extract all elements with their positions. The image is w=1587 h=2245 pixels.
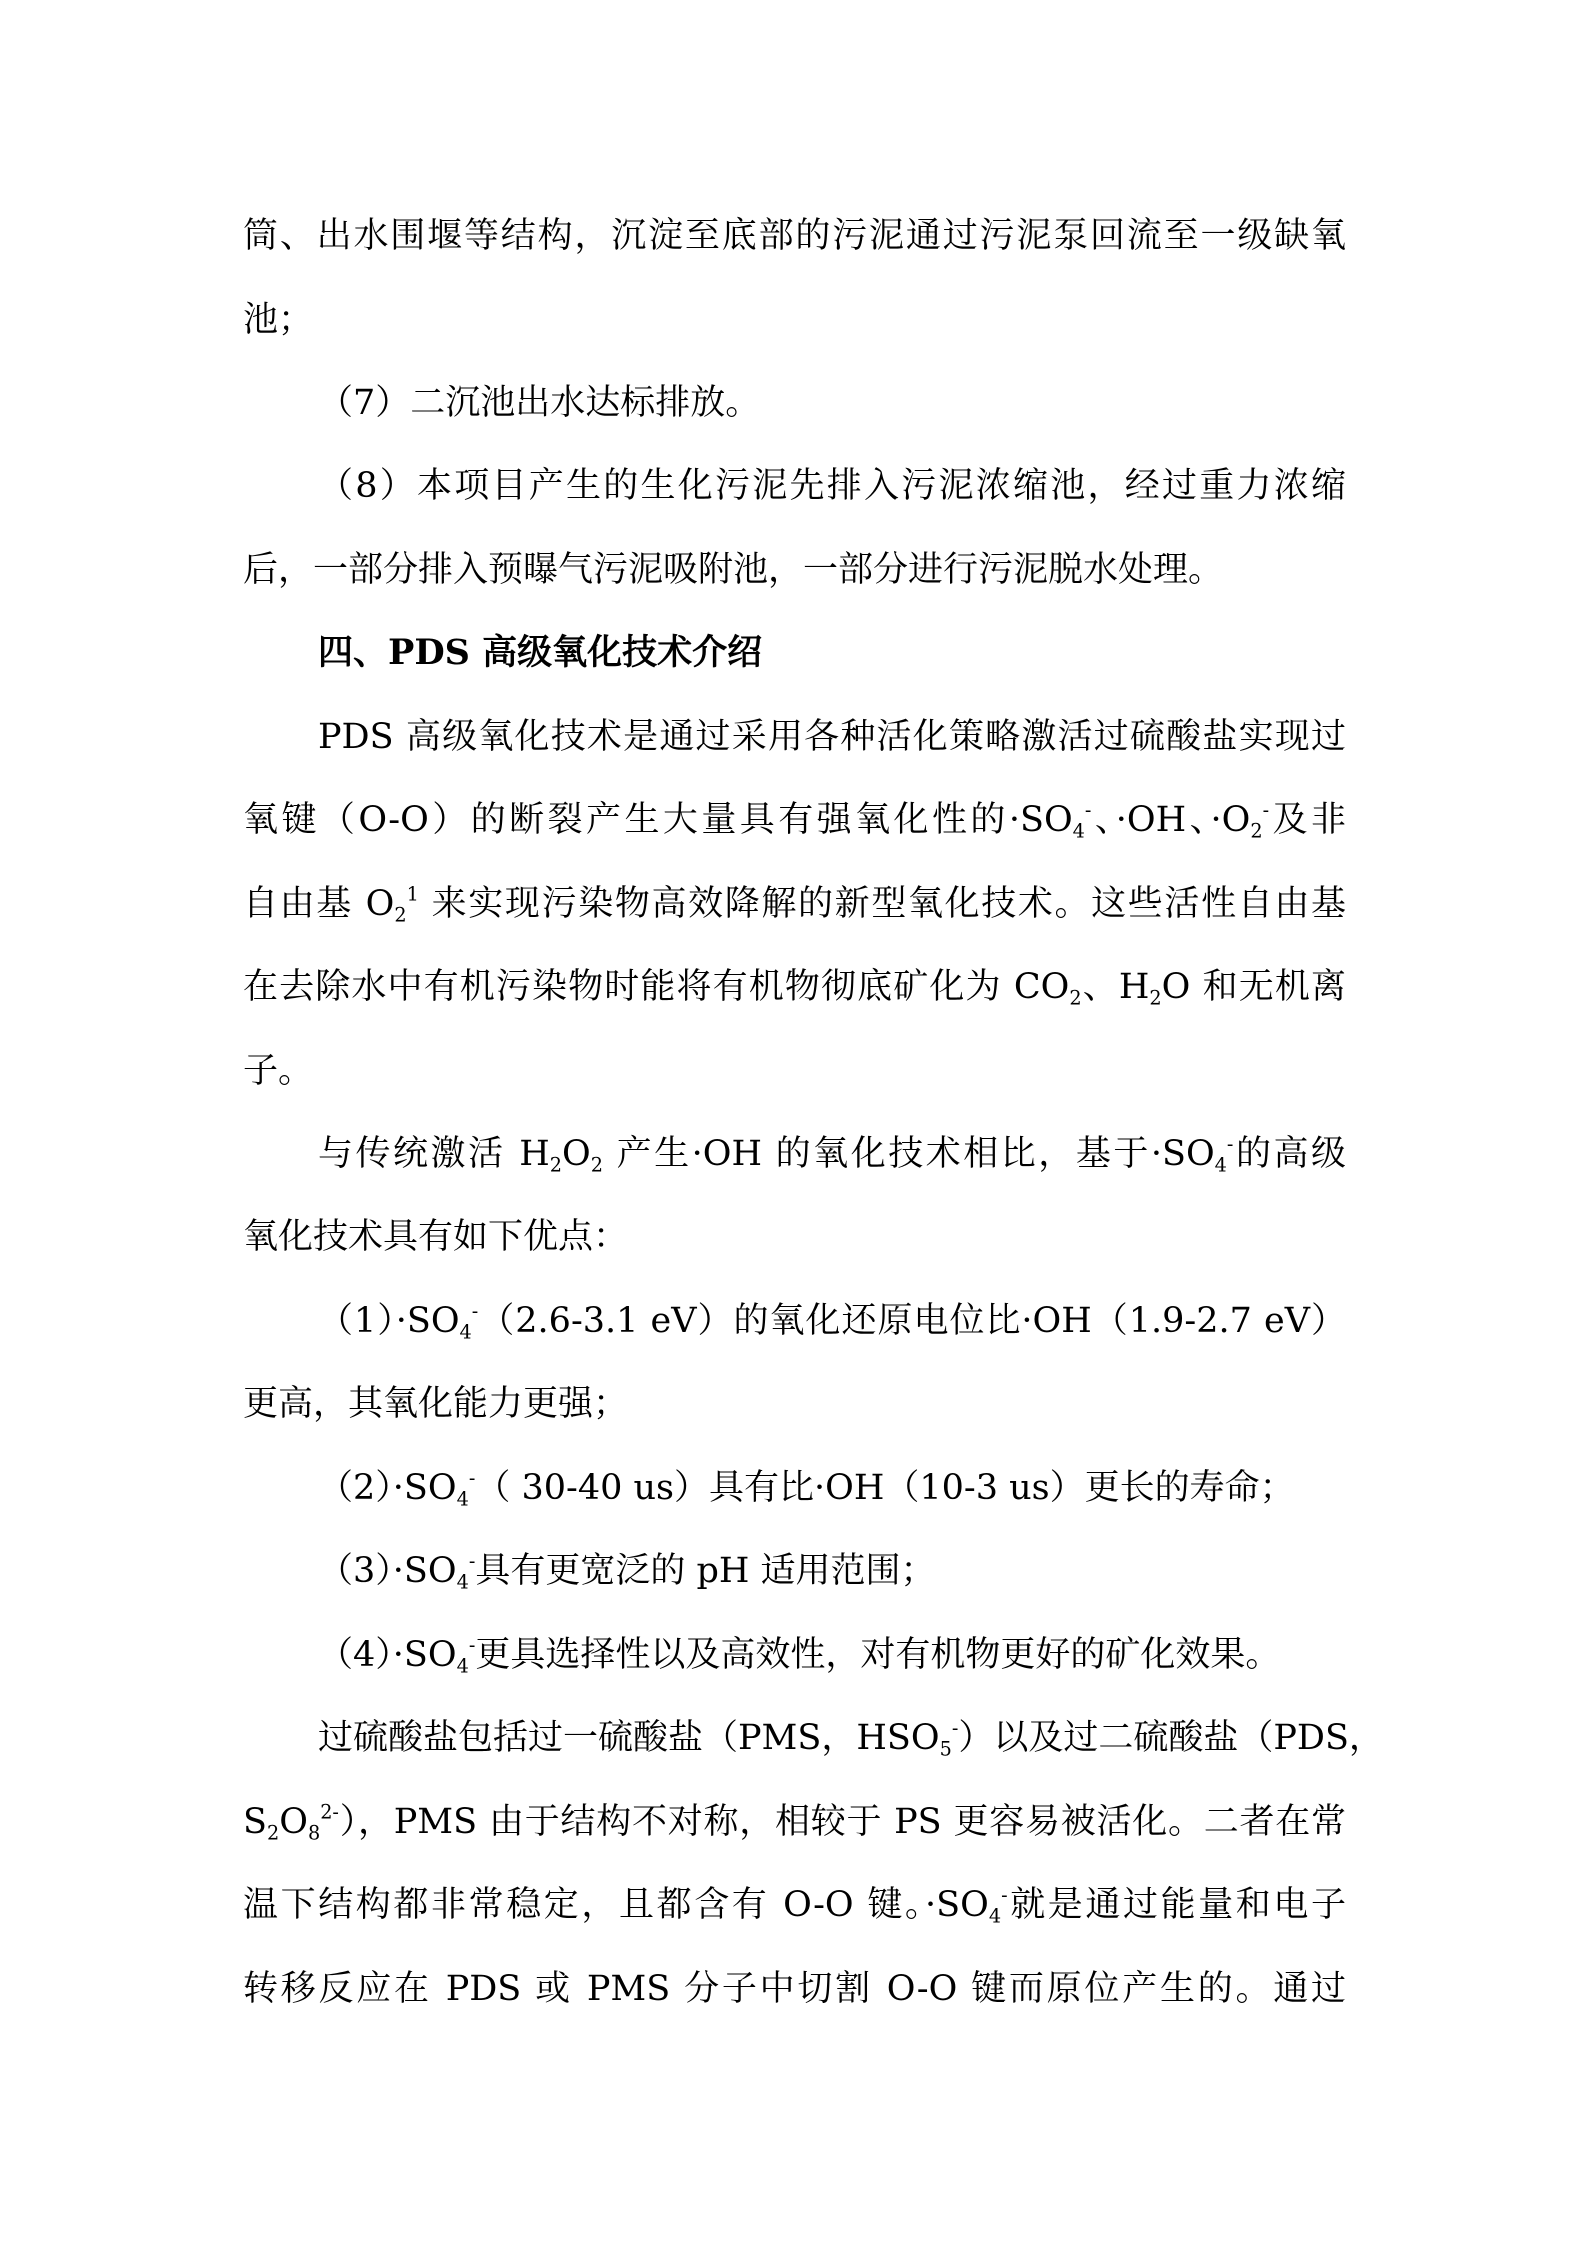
text-run: S xyxy=(243,1802,267,1842)
text-line: 更高，其氧化能力更强； xyxy=(243,1379,1346,1429)
superscript: 2- xyxy=(320,1801,339,1824)
subscript: 2 xyxy=(550,1154,562,1177)
text-run: 具有更宽泛的 pH 适用范围； xyxy=(475,1551,935,1591)
text-run: ）以及过二硫酸盐（PDS， xyxy=(958,1718,1384,1758)
text-run: 转移反应在 PDS 或 PMS 分子中切割 O-O 键而原位产生的。通过 xyxy=(243,1969,1346,2009)
text-run: 、H xyxy=(1082,967,1150,1007)
text-run: 四、PDS 高级氧化技术介绍 xyxy=(318,632,762,673)
text-run: O xyxy=(279,1802,308,1842)
text-run: O xyxy=(562,1134,591,1174)
text-run: 产生·OH 的氧化技术相比，基于·SO xyxy=(603,1134,1215,1174)
text-run: 更具选择性以及高效性，对有机物更好的矿化效果。 xyxy=(475,1635,1280,1675)
text-line: 子。 xyxy=(243,1046,1346,1096)
subscript: 4 xyxy=(1073,820,1085,843)
text-run: PDS 高级氧化技术是通过采用各种活化策略激活过硫酸盐实现过 xyxy=(318,717,1346,757)
subscript: 2 xyxy=(1069,987,1081,1010)
subscript: 5 xyxy=(940,1738,952,1761)
text-run: （4）·SO xyxy=(318,1635,457,1675)
text-line: （4）·SO4-更具选择性以及高效性，对有机物更好的矿化效果。 xyxy=(318,1630,1346,1680)
superscript: 1 xyxy=(407,883,419,906)
text-run: （ 30-40 us）具有比·OH（10-3 us）更长的寿命； xyxy=(475,1468,1294,1508)
text-line: 氧化技术具有如下优点： xyxy=(243,1212,1346,1262)
text-run: 更高，其氧化能力更强； xyxy=(243,1384,628,1424)
subscript: 8 xyxy=(308,1822,320,1845)
subscript: 2 xyxy=(394,904,406,927)
subscript: 4 xyxy=(460,1321,472,1344)
text-run: 温下结构都非常稳定，且都含有 O-O 键。·SO xyxy=(243,1885,989,1925)
text-run: 的高级 xyxy=(1233,1134,1346,1174)
text-run: 筒、出水围堰等结构，沉淀至底部的污泥通过污泥泵回流至一级缺氧 xyxy=(243,216,1346,256)
subscript: 2 xyxy=(1250,820,1262,843)
document-page: 筒、出水围堰等结构，沉淀至底部的污泥通过污泥泵回流至一级缺氧池；（7）二沉池出水… xyxy=(0,0,1587,2245)
text-line: 过硫酸盐包括过一硫酸盐（PMS，HSO5-）以及过二硫酸盐（PDS， xyxy=(318,1713,1346,1763)
subscript: 2 xyxy=(591,1154,603,1177)
text-line: 温下结构都非常稳定，且都含有 O-O 键。·SO4-就是通过能量和电子 xyxy=(243,1880,1346,1930)
text-line: S2O82-），PMS 由于结构不对称，相较于 PS 更容易被活化。二者在常 xyxy=(243,1797,1346,1847)
text-line: 后，一部分排入预曝气污泥吸附池，一部分进行污泥脱水处理。 xyxy=(243,545,1346,595)
text-run: 氧化技术具有如下优点： xyxy=(243,1217,628,1257)
text-line: 自由基 O21 来实现污染物高效降解的新型氧化技术。这些活性自由基 xyxy=(243,879,1346,929)
text-run: 自由基 O xyxy=(243,884,394,924)
text-run: （2）·SO xyxy=(318,1468,457,1508)
text-run: 子。 xyxy=(243,1051,313,1091)
text-line: 池； xyxy=(243,295,1346,345)
text-run: 在去除水中有机污染物时能将有机物彻底矿化为 CO xyxy=(243,967,1069,1007)
text-line: （8）本项目产生的生化污泥先排入污泥浓缩池，经过重力浓缩 xyxy=(318,461,1346,511)
text-line: 转移反应在 PDS 或 PMS 分子中切割 O-O 键而原位产生的。通过 xyxy=(243,1964,1346,2014)
subscript: 4 xyxy=(457,1488,469,1511)
text-run: 来实现污染物高效降解的新型氧化技术。这些活性自由基 xyxy=(419,884,1346,924)
text-run: 池； xyxy=(243,300,313,340)
text-run: ），PMS 由于结构不对称，相较于 PS 更容易被活化。二者在常 xyxy=(339,1802,1346,1842)
text-line: 在去除水中有机污染物时能将有机物彻底矿化为 CO2、H2O 和无机离 xyxy=(243,962,1346,1012)
subscript: 4 xyxy=(457,1655,469,1678)
text-run: 及非 xyxy=(1269,800,1346,840)
text-run: 就是通过能量和电子 xyxy=(1008,1885,1346,1925)
text-run: （3）·SO xyxy=(318,1551,457,1591)
text-run: 与传统激活 H xyxy=(318,1134,550,1174)
subscript: 2 xyxy=(267,1822,279,1845)
text-run: （8）本项目产生的生化污泥先排入污泥浓缩池，经过重力浓缩 xyxy=(318,466,1346,506)
text-run: （7）二沉池出水达标排放。 xyxy=(318,383,760,423)
text-run: 氧键（O-O）的断裂产生大量具有强氧化性的·SO xyxy=(243,800,1073,840)
text-run: 后，一部分排入预曝气污泥吸附池，一部分进行污泥脱水处理。 xyxy=(243,550,1223,590)
text-line: （2）·SO4-（ 30-40 us）具有比·OH（10-3 us）更长的寿命； xyxy=(318,1463,1346,1513)
subscript: 4 xyxy=(1215,1154,1227,1177)
text-line: PDS 高级氧化技术是通过采用各种活化策略激活过硫酸盐实现过 xyxy=(318,712,1346,762)
text-run: （2.6-3.1 eV）的氧化还原电位比·OH（1.9-2.7 eV） xyxy=(478,1301,1346,1341)
text-line: 氧键（O-O）的断裂产生大量具有强氧化性的·SO4-、·OH、·O2-及非 xyxy=(243,795,1346,845)
subscript: 4 xyxy=(457,1571,469,1594)
text-line: （7）二沉池出水达标排放。 xyxy=(318,378,1346,428)
text-line: （3）·SO4-具有更宽泛的 pH 适用范围； xyxy=(318,1546,1346,1596)
text-run: O 和无机离 xyxy=(1162,967,1346,1007)
section-heading: 四、PDS 高级氧化技术介绍 xyxy=(318,628,1421,678)
text-run: 、·OH、·O xyxy=(1091,800,1250,840)
text-run: 过硫酸盐包括过一硫酸盐（PMS，HSO xyxy=(318,1718,940,1758)
subscript: 2 xyxy=(1149,987,1161,1010)
text-run: （1）·SO xyxy=(318,1301,460,1341)
text-line: 与传统激活 H2O2 产生·OH 的氧化技术相比，基于·SO4-的高级 xyxy=(318,1129,1346,1179)
text-line: （1）·SO4-（2.6-3.1 eV）的氧化还原电位比·OH（1.9-2.7 … xyxy=(318,1296,1346,1346)
subscript: 4 xyxy=(989,1905,1001,1928)
text-line: 筒、出水围堰等结构，沉淀至底部的污泥通过污泥泵回流至一级缺氧 xyxy=(243,211,1346,261)
